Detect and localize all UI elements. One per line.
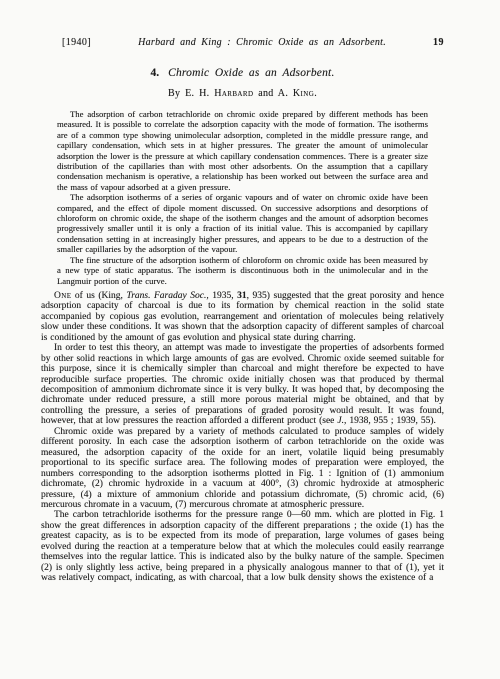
running-title: Harbard and King : Chromic Oxide as an A… (138, 36, 386, 49)
abstract-paragraph: The adsorption isotherms of a series of … (57, 192, 428, 254)
body-paragraph: In order to test this theory, an attempt… (41, 343, 444, 427)
byline: By E. H. Harbard and A. King. (41, 88, 444, 100)
abstract-paragraph: The adsorption of carbon tetrachloride o… (57, 109, 428, 192)
abstract-block: The adsorption of carbon tetrachloride o… (57, 109, 428, 286)
abstract-paragraph: The fine structure of the adsorption iso… (57, 255, 428, 286)
article-title: Chromic Oxide as an Adsorbent. (168, 67, 334, 79)
body-paragraph: The carbon tetrachloride isotherms for t… (41, 510, 444, 583)
article-heading: 4.Chromic Oxide as an Adsorbent. (41, 66, 444, 80)
body-paragraph: Chromic oxide was prepared by a variety … (41, 427, 444, 511)
body-paragraph: One of us (King, Trans. Faraday Soc., 19… (41, 291, 444, 343)
running-head: [1940] Harbard and King : Chromic Oxide … (62, 36, 444, 49)
article-body: One of us (King, Trans. Faraday Soc., 19… (41, 291, 444, 584)
page-number: 19 (433, 36, 444, 49)
journal-page: [1940] Harbard and King : Chromic Oxide … (0, 0, 500, 679)
header-year: [1940] (62, 36, 91, 49)
article-number: 4. (150, 67, 159, 79)
